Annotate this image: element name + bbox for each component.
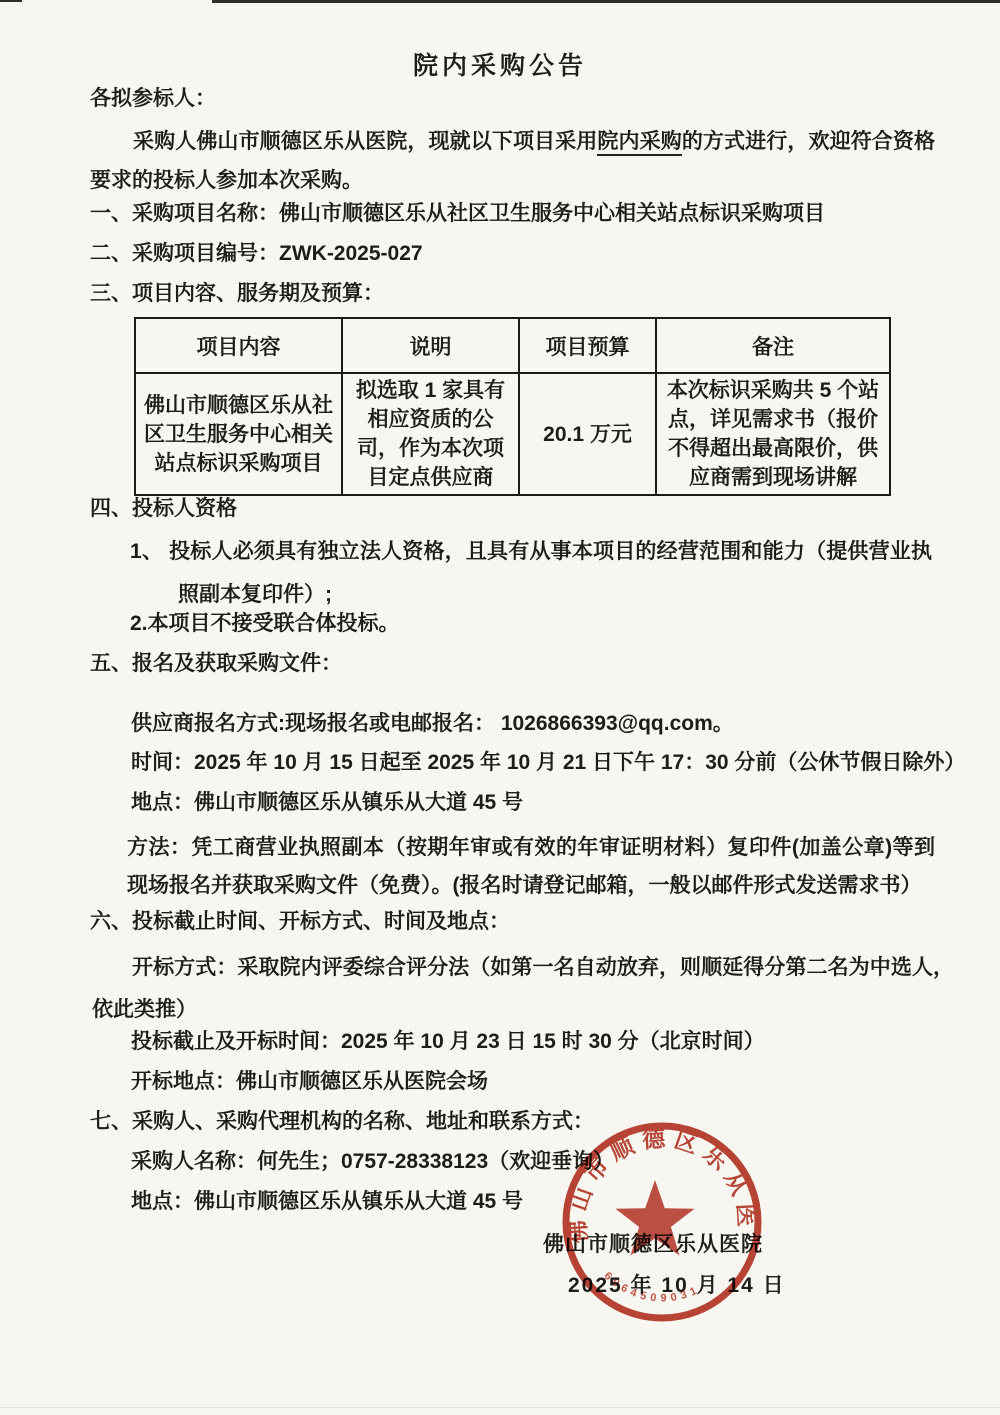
cell-budget: 20.1 万元 [519, 373, 656, 495]
registration-how-paragraph: 方法：凭工商营业执照副本（按期年审或有效的年审证明材料）复印件(加盖公章)等到现… [127, 829, 935, 905]
seal-serial-number: 6064509031 [602, 1270, 703, 1305]
section-3-content-budget: 三、项目内容、服务期及预算： [90, 279, 384, 309]
page-title: 院内采购公告 [0, 46, 1000, 82]
cell-project-content: 佛山市顺德区乐从社区卫生服务中心相关站点标识采购项目 [135, 373, 342, 495]
section-6-bid-opening: 六、投标截止时间、开标方式、时间及地点： [90, 907, 510, 937]
intro-paragraph: 采购人佛山市顺德区乐从医院，现就以下项目采用院内采购的方式进行，欢迎符合资格要求… [90, 122, 935, 200]
cell-remark: 本次标识采购共 5 个站点，详见需求书（报价不得超出最高限价，供应商需到现场讲解 [656, 373, 890, 495]
seal-star-icon [615, 1180, 694, 1256]
col-header-description: 说明 [342, 318, 519, 373]
registration-time-line: 时间：2025 年 10 月 15 日起至 2025 年 10 月 21 日下午… [131, 748, 965, 778]
col-header-remark: 备注 [656, 318, 890, 373]
budget-table-header-row: 项目内容 说明 项目预算 备注 [135, 318, 890, 373]
bid-open-method-paragraph: 开标方式：采取院内评委综合评分法（如第一名自动放弃，则顺延得分第二名为中选人，依… [92, 947, 954, 1031]
registration-place-line: 地点：佛山市顺德区乐从镇乐从大道 45 号 [131, 788, 523, 818]
section-2-project-number: 二、采购项目编号：ZWK-2025-027 [90, 239, 423, 269]
seal-serial-wrap: 6064509031 [602, 1270, 703, 1305]
intro-text-pre: 采购人佛山市顺德区乐从医院，现就以下项目采用 [133, 130, 597, 153]
cell-description: 拟选取 1 家具有相应资质的公司，作为本次项目定点供应商 [342, 373, 519, 495]
section-4-bidder-qualification: 四、投标人资格 [90, 494, 237, 524]
salutation: 各拟参标人： [90, 84, 216, 114]
qualification-item-2: 2.本项目不接受联合体投标。 [130, 609, 400, 639]
scan-edge-artifact-bottom [0, 1407, 1000, 1408]
budget-table: 项目内容 说明 项目预算 备注 佛山市顺德区乐从社区卫生服务中心相关站点标识采购… [134, 317, 891, 496]
qualification-item-1: 1、 投标人必须具有独立法人资格，且具有从事本项目的经营范围和能力（提供营业执照… [178, 530, 932, 616]
scan-edge-artifact-corner [0, 0, 22, 2]
official-seal: 佛山市顺德区乐从医院 6064509031 [552, 1112, 772, 1332]
registration-method-line: 供应商报名方式:现场报名或电邮报名： 1026866393@qq.com。 [131, 709, 734, 739]
bid-deadline-line: 投标截止及开标时间：2025 年 10 月 23 日 15 时 30 分（北京时… [131, 1027, 765, 1057]
budget-table-data-row: 佛山市顺德区乐从社区卫生服务中心相关站点标识采购项目 拟选取 1 家具有相应资质… [135, 373, 890, 495]
section-5-registration: 五、报名及获取采购文件： [90, 649, 342, 679]
purchaser-place-line: 地点：佛山市顺德区乐从镇乐从大道 45 号 [131, 1187, 523, 1217]
intro-underlined-phrase: 院内采购 [597, 130, 681, 156]
section-1-project-name: 一、采购项目名称：佛山市顺德区乐从社区卫生服务中心相关站点标识采购项目 [90, 199, 825, 229]
purchaser-name-line: 采购人名称：何先生；0757-28338123（欢迎垂询） [131, 1147, 614, 1177]
scan-edge-artifact-top [212, 0, 1000, 3]
col-header-project-content: 项目内容 [135, 318, 342, 373]
bid-open-place-line: 开标地点：佛山市顺德区乐从医院会场 [131, 1067, 488, 1097]
col-header-budget: 项目预算 [519, 318, 656, 373]
section-7-purchaser-contact: 七、采购人、采购代理机构的名称、地址和联系方式： [90, 1107, 594, 1137]
